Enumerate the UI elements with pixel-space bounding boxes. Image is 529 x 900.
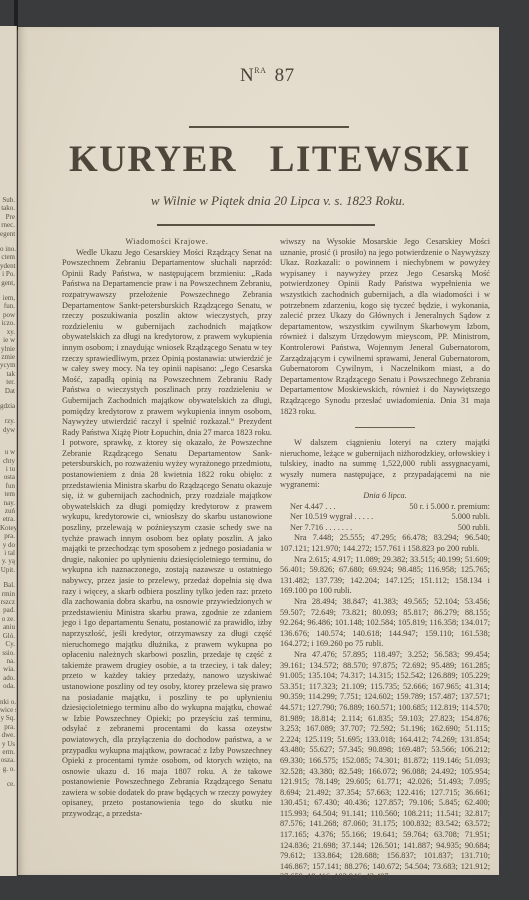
previous-page-fragment: ycym bbox=[0, 361, 16, 369]
previous-page-fragment: tako. bbox=[0, 204, 16, 212]
previous-page-fragment: pow bbox=[0, 311, 16, 319]
top-prize-amount: 50 r. i 5.000 r. premium: bbox=[409, 502, 490, 513]
previous-page-fragment bbox=[0, 691, 16, 698]
prize-group-amount: po 100 rubli. bbox=[309, 586, 352, 595]
previous-page-fragment: g. o. bbox=[0, 765, 16, 773]
previous-page-fragment: erm. bbox=[0, 748, 16, 756]
section-divider bbox=[355, 427, 415, 428]
top-prize-row: Ner 4.447 . . . 50 r. i 5.000 r. premium… bbox=[280, 502, 490, 513]
previous-page-fragment: tak bbox=[0, 370, 16, 378]
top-prize-amount: 5.000 rubli. bbox=[452, 512, 491, 523]
previous-page-fragment: nki o. bbox=[0, 698, 16, 706]
top-prize-row: Ner 10.519 wygrał . . . . . 5.000 rubli. bbox=[280, 512, 490, 523]
previous-page-fragment: Cy. bbox=[0, 640, 16, 648]
previous-page-fragment: fun. bbox=[0, 302, 16, 310]
issue-number-prefix: N bbox=[240, 65, 254, 86]
previous-page-fragment: rszcz bbox=[0, 598, 16, 606]
prize-group: Nra 47.476; 57.895; 118.497; 3.252; 56.5… bbox=[280, 650, 490, 883]
previous-page-fragment: dwe. bbox=[0, 731, 16, 739]
previous-page-fragment: na. bbox=[0, 657, 16, 665]
previous-page-fragment: ctem bbox=[0, 253, 16, 261]
previous-page-fragment: wia. bbox=[0, 665, 16, 673]
previous-page-fragment: gdzia bbox=[0, 402, 16, 410]
previous-page-fragment bbox=[0, 441, 16, 448]
issue-number-value: 87 bbox=[275, 65, 295, 86]
newspaper-title: KURYER LITEWSKI bbox=[60, 138, 480, 181]
previous-page-fragment: Upit. bbox=[0, 566, 16, 574]
newspaper-page: NRA 87 KURYER LITEWSKI w Wilnie w Piątek… bbox=[18, 27, 499, 875]
previous-page-fragment bbox=[0, 287, 16, 294]
prize-group-amount: po 200 rubli. bbox=[437, 544, 480, 553]
top-prize-amount: 500 rubli. bbox=[458, 523, 490, 534]
previous-page-fragment: wice s bbox=[0, 706, 16, 714]
previous-page-fragment: osta bbox=[0, 473, 16, 481]
previous-page-fragment: osza. bbox=[0, 756, 16, 764]
previous-page-fragment: i Po. bbox=[0, 270, 16, 278]
masthead-rule-top bbox=[189, 126, 349, 128]
previous-page-fragment: i tu bbox=[0, 465, 16, 473]
masthead-rule-bottom bbox=[157, 224, 375, 226]
previous-page-fragment: chty bbox=[0, 457, 16, 465]
dateline: w Wilnie w Piątek dnia 20 Lipca v. s. 18… bbox=[78, 193, 478, 209]
previous-page-fragment: egent bbox=[0, 230, 16, 238]
previous-page-fragment: y do bbox=[0, 541, 16, 549]
previous-page-fragment: ylnie bbox=[0, 345, 16, 353]
top-prize-number: Ner 4.447 . . . bbox=[290, 502, 336, 513]
previous-page-fragment: oda. bbox=[0, 682, 16, 690]
prize-group-numbers: Nra 47.476; 57.895; 118.497; 3.252; 56.5… bbox=[280, 650, 490, 881]
section-heading: Wiadomości Krajowe. bbox=[62, 237, 272, 248]
previous-page-fragment: Dat bbox=[0, 387, 16, 395]
previous-page-fragment: Kotey bbox=[0, 524, 16, 532]
previous-page-fragment: zmie bbox=[0, 353, 16, 361]
previous-page-fragment: u w bbox=[0, 448, 16, 456]
previous-page-fragment: rnec. bbox=[0, 221, 16, 229]
lottery-day-label: Dnia 6 lipca. bbox=[280, 491, 490, 502]
previous-page-fragment bbox=[0, 395, 16, 402]
previous-page-fragment: iczo. bbox=[0, 319, 16, 327]
previous-page-fragment: ssio. bbox=[0, 649, 16, 657]
prize-group: Nra 2.615; 4.917; 11.089; 29.382; 33.515… bbox=[280, 555, 490, 597]
previous-page-fragment: iem, bbox=[0, 294, 16, 302]
prize-group-numbers: Nra 28.494; 38.847; 41.383; 49.565; 52.1… bbox=[280, 597, 490, 648]
previous-page-fragment: zuń bbox=[0, 507, 16, 515]
previous-page-fragment: rzy. bbox=[0, 417, 16, 425]
prize-group: Nra 7.448; 25.555; 47.295; 66.478; 83.29… bbox=[280, 533, 490, 554]
right-column: wiwszy na Wysokie Mosarskie Jego Cesarsk… bbox=[280, 237, 490, 883]
lottery-intro: W dalszem ciągnieniu loteryi na cztery m… bbox=[280, 438, 490, 491]
previous-page-fragment: Pre bbox=[0, 213, 16, 221]
previous-page-fragment: y Sq. bbox=[0, 714, 16, 722]
previous-page-fragment: rmin bbox=[0, 590, 16, 598]
previous-page-fragment: tem bbox=[0, 490, 16, 498]
previous-page-fragment: pra. bbox=[0, 723, 16, 731]
article-body: Wedle Ukazu Jego Cesarskiey Mości Rządzą… bbox=[62, 248, 272, 820]
previous-page-fragment: etra. bbox=[0, 515, 16, 523]
previous-page-fragment: nay. bbox=[0, 499, 16, 507]
top-prize-number: Ner 7.716 . . . . . . . bbox=[290, 523, 352, 534]
prize-group-amount: po 75 rubli. bbox=[345, 639, 384, 648]
previous-page-fragment bbox=[0, 410, 16, 417]
decree-paragraph: wiwszy na Wysokie Mosarskie Jego Cesarsk… bbox=[280, 237, 490, 417]
previous-page-fragment: y Us bbox=[0, 740, 16, 748]
previous-page-fragment bbox=[0, 773, 16, 780]
previous-page-fragment: pad. bbox=[0, 606, 16, 614]
previous-page-fragment: ado. bbox=[0, 674, 16, 682]
previous-page-fragment: Sub. bbox=[0, 196, 16, 204]
previous-page-fragment: Bal. bbox=[0, 581, 16, 589]
previous-page-fragment bbox=[0, 434, 16, 441]
previous-page-fragment: ce. bbox=[0, 780, 16, 788]
previous-page-fragment: aniu bbox=[0, 623, 16, 631]
previous-page-fragment: y. yą bbox=[0, 557, 16, 565]
previous-page-fragment: ydent bbox=[0, 262, 16, 270]
top-prize-row: Ner 7.716 . . . . . . . 500 rubli. bbox=[280, 523, 490, 534]
prize-group: Nra 28.494; 38.847; 41.383; 49.565; 52.1… bbox=[280, 597, 490, 650]
previous-page-fragment: ter. bbox=[0, 378, 16, 386]
previous-page-fragment: fun bbox=[0, 482, 16, 490]
previous-page-fragment: pra. bbox=[0, 532, 16, 540]
previous-page-edge: Sub.tako.Prernec.egento ino.ctemydenti P… bbox=[0, 26, 17, 876]
previous-page-fragment bbox=[0, 238, 16, 245]
previous-page-fragment: ie w bbox=[0, 336, 16, 344]
previous-page-fragment: dyw bbox=[0, 426, 16, 434]
top-prize-number: Ner 10.519 wygrał . . . . . bbox=[290, 512, 373, 523]
previous-page-fragment: Gló. bbox=[0, 632, 16, 640]
previous-page-fragment: i tal bbox=[0, 549, 16, 557]
previous-page-fragment: o ino. bbox=[0, 245, 16, 253]
previous-page-fragment: o ze. bbox=[0, 615, 16, 623]
left-column: Wiadomości Krajowe. Wedle Ukazu Jego Ces… bbox=[62, 237, 272, 820]
issue-number: NRA 87 bbox=[240, 65, 400, 87]
issue-number-sup: RA bbox=[254, 66, 266, 75]
previous-page-fragment: gent, bbox=[0, 279, 16, 287]
previous-page-fragment bbox=[0, 574, 16, 581]
previous-page-fragment: xy. bbox=[0, 328, 16, 336]
